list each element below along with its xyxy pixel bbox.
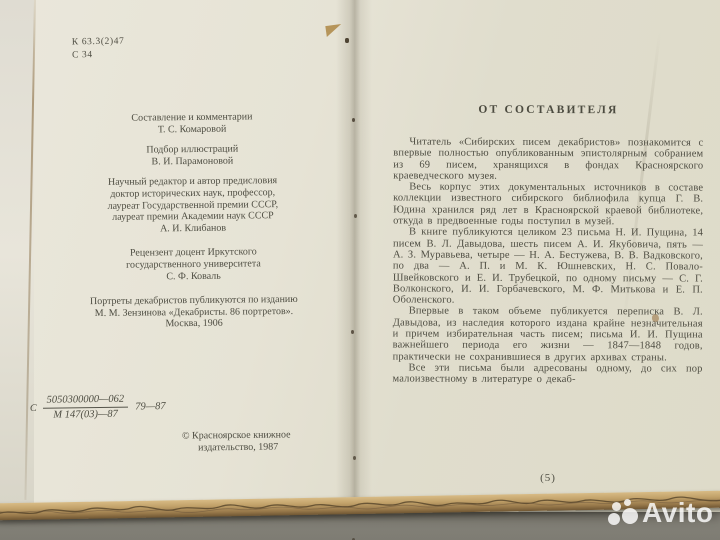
preface-paragraph: Читатель «Сибирских писем декабристов» п… — [393, 136, 703, 182]
preface-column: ОТ СОСТАВИТЕЛЯ Читатель «Сибирских писем… — [393, 103, 704, 386]
avito-watermark: Avito — [608, 498, 713, 530]
imprint-column: Составление и комментарии Т. С. Комарово… — [47, 110, 339, 331]
catalog-denominator: М 147(03)—87 — [43, 408, 129, 422]
page-number: (5) — [393, 472, 703, 484]
book-gutter-shadow — [336, 0, 372, 500]
imprint-science-editor: Научный редактор и автор предисловия док… — [48, 175, 339, 236]
imprint-reviewer: Рецензент доцент Иркутского государствен… — [48, 246, 338, 284]
copyright-notice: © Красноярское книжное издательство, 198… — [182, 429, 291, 454]
preface-paragraph: Все эти письма были адресованы одному, д… — [393, 362, 703, 386]
catalog-numerator: 5050300000—062 — [42, 394, 128, 409]
catalog-suffix: 79—87 — [135, 401, 165, 412]
book-photo: К 63.3(2)47 С 34 Составление и комментар… — [0, 0, 720, 540]
preface-paragraph: Весь корпус этих документальных источник… — [393, 182, 703, 228]
avito-dots-icon — [608, 498, 642, 530]
page-fold-mark — [325, 24, 342, 37]
chapter-heading: ОТ СОСТАВИТЕЛЯ — [393, 103, 703, 116]
catalog-fraction: 5050300000—062 М 147(03)—87 — [42, 394, 128, 422]
copyright-line2: издательство, 1987 — [198, 441, 291, 454]
avito-watermark-label: Avito — [642, 498, 713, 528]
preface-paragraph: В книге публикуются целиком 23 письма Н.… — [393, 227, 703, 307]
catalog-index: С 5050300000—062 М 147(03)—87 79—87 — [30, 393, 166, 422]
preface-paragraph: Впервые в таком объеме публикуется переп… — [393, 306, 703, 364]
binding-stitch-specks — [352, 118, 355, 122]
catalog-prefix: С — [30, 403, 37, 414]
gutter-top-speck — [345, 38, 349, 43]
imprint-portraits-source: Портреты декабристов публикуются по изда… — [49, 294, 339, 332]
imprint-compiler: Составление и комментарии Т. С. Комарово… — [47, 110, 337, 136]
library-classification-codes: К 63.3(2)47 С 34 — [72, 36, 125, 64]
imprint-illustrations: Подбор иллюстраций В. И. Парамоновой — [47, 143, 337, 169]
